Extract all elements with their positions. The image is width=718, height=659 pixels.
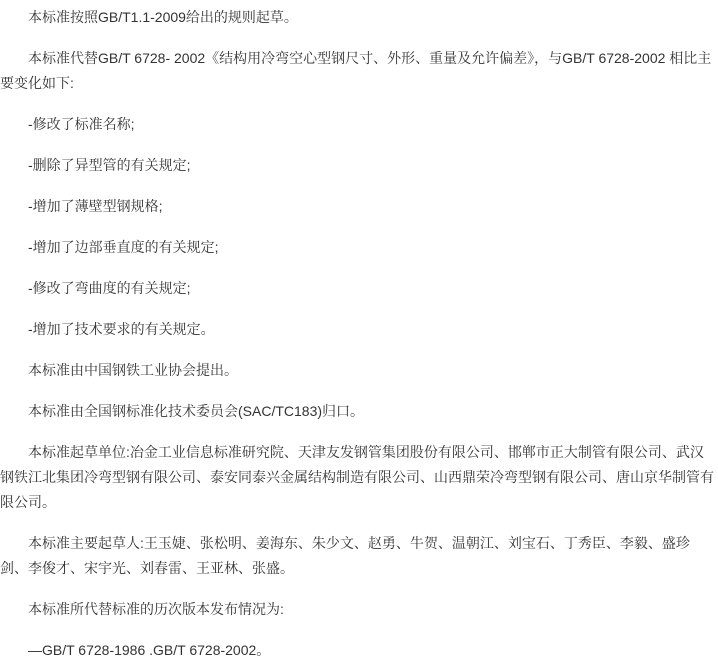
main-drafters-paragraph: 本标准主要起草人:王玉婕、张松明、姜海东、朱少文、赵勇、牛贺、温朝江、刘宝石、丁… — [0, 531, 716, 581]
change-item-thinwall-added: -增加了薄壁型钢规格; — [0, 194, 716, 219]
change-item-edge-squareness: -增加了边部垂直度的有关规定; — [0, 235, 716, 260]
standard-foreword-document: 本标准按照GB/T1.1-2009给出的规则起草。 本标准代替GB/T 6728… — [0, 0, 718, 659]
proposing-body-paragraph: 本标准由中国钢铁工业协会提出。 — [0, 358, 716, 383]
replacement-note-paragraph: 本标准代替GB/T 6728- 2002《结构用冷弯空心型钢尺寸、外形、重量及允… — [0, 46, 716, 96]
change-item-tech-requirements: -增加了技术要求的有关规定。 — [0, 317, 716, 342]
drafting-rules-paragraph: 本标准按照GB/T1.1-2009给出的规则起草。 — [0, 5, 716, 30]
previous-editions-intro-paragraph: 本标准所代替标准的历次版本发布情况为: — [0, 597, 716, 622]
drafting-organizations-paragraph: 本标准起草单位:冶金工业信息标准研究院、天津友发钢管集团股份有限公司、邯郸市正大… — [0, 440, 716, 515]
change-item-bend-modified: -修改了弯曲度的有关规定; — [0, 276, 716, 301]
change-item-shaped-tube-removed: -删除了异型管的有关规定; — [0, 153, 716, 178]
change-item-name-modified: -修改了标准名称; — [0, 112, 716, 137]
previous-editions-list-paragraph: —GB/T 6728-1986 .GB/T 6728-2002。 — [0, 638, 716, 659]
technical-committee-paragraph: 本标准由全国钢标准化技术委员会(SAC/TC183)归口。 — [0, 399, 716, 424]
